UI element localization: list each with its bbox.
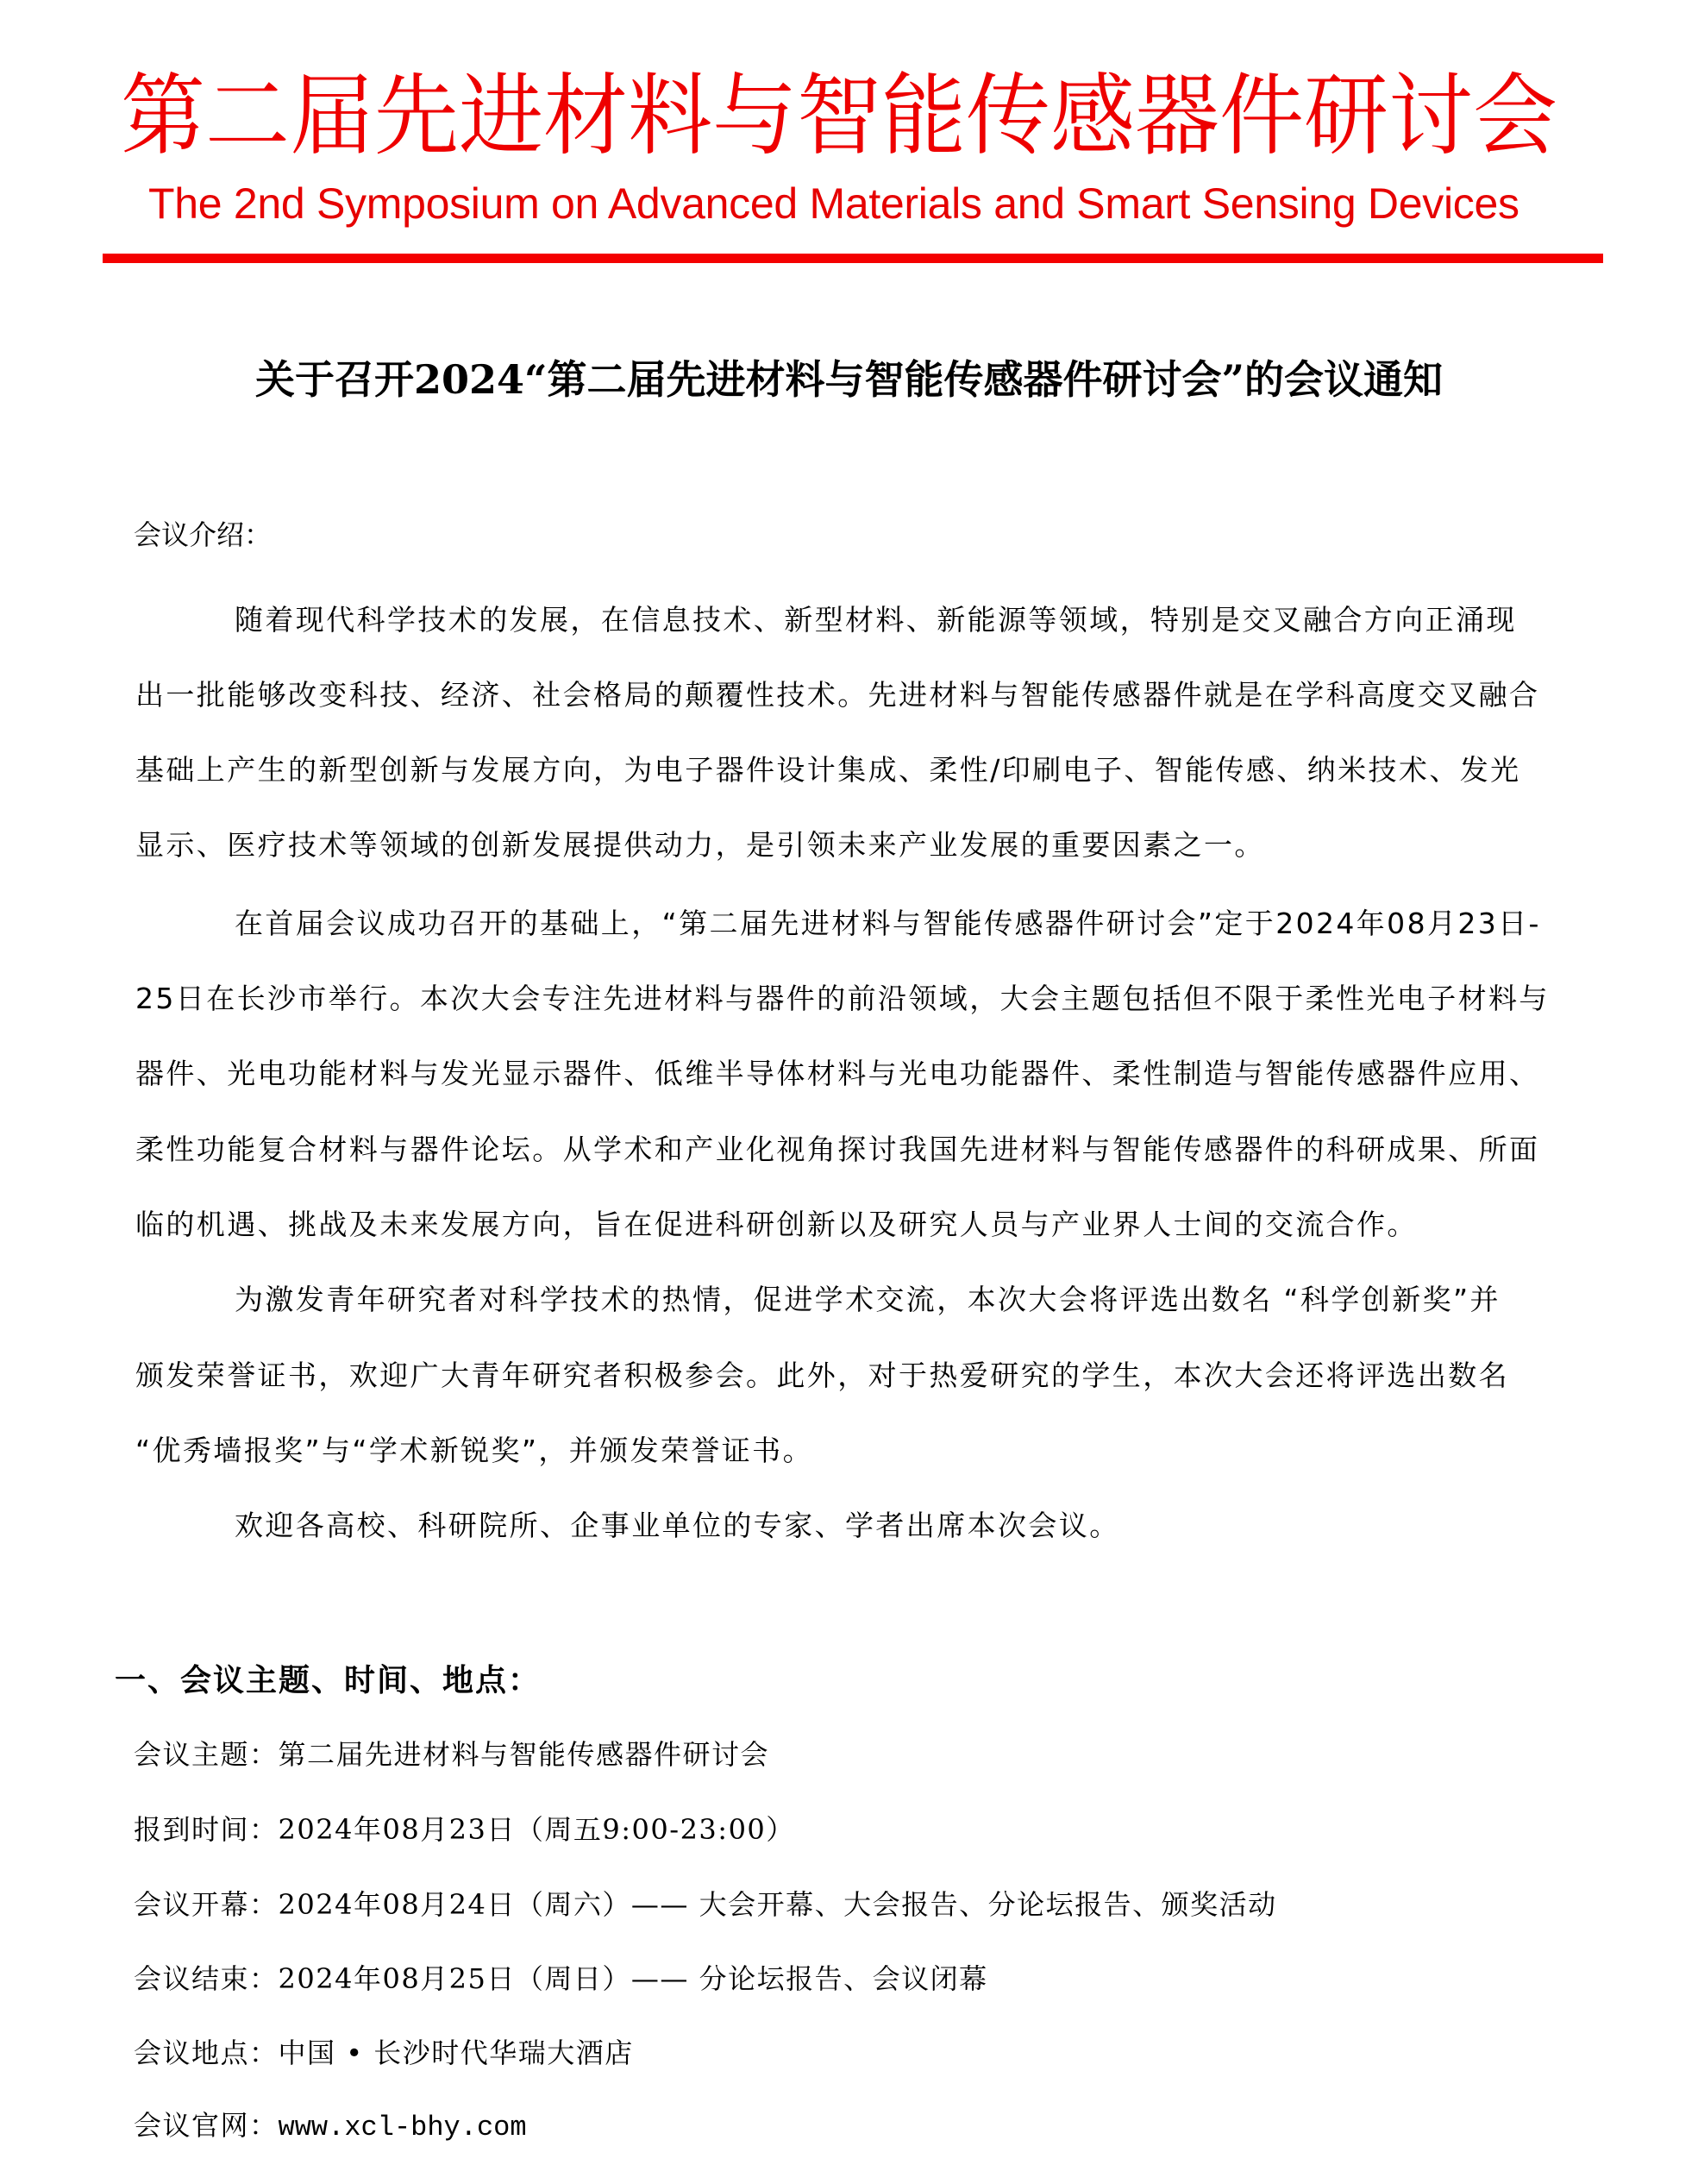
letterhead-title-en: The 2nd Symposium on Advanced Materials …	[148, 178, 1519, 229]
paragraph-line: 颁发荣誉证书，欢迎广大青年研究者积极参会。此外，对于热爱研究的学生，本次大会还将…	[135, 1357, 1509, 1395]
paragraph-line: 柔性功能复合材料与器件论坛。从学术和产业化视角探讨我国先进材料与智能传感器件的科…	[135, 1131, 1539, 1169]
info-item-theme: 会议主题：第二届先进材料与智能传感器件研讨会	[134, 1735, 769, 1773]
info-item-closing: 会议结束：2024年08月25日（周日）—— 分论坛报告、会议闭幕	[134, 1960, 988, 1998]
info-label: 会议地点：	[134, 2037, 279, 2069]
info-value: 2024年08月25日（周日）—— 分论坛报告、会议闭幕	[279, 1962, 988, 1995]
info-item-website: 会议官网：www.xcl-bhy.com	[134, 2106, 527, 2147]
paragraph-line: 欢迎各高校、科研院所、企事业单位的专家、学者出席本次会议。	[235, 1507, 1120, 1545]
info-item-opening: 会议开幕：2024年08月24日（周六）—— 大会开幕、大会报告、分论坛报告、颁…	[134, 1886, 1277, 1924]
paragraph-line: 为激发青年研究者对科学技术的热情，促进学术交流，本次大会将评选出数名 “科学创新…	[235, 1281, 1501, 1319]
info-value: 2024年08月23日（周五9:00-23:00）	[279, 1813, 795, 1846]
info-item-venue: 会议地点：中国 • 长沙时代华瑞大酒店	[134, 2034, 634, 2072]
intro-label: 会议介绍：	[134, 516, 272, 554]
paragraph-line: 出一批能够改变科技、经济、社会格局的颠覆性技术。先进材料与智能传感器件就是在学科…	[135, 676, 1539, 714]
info-label: 会议官网：	[134, 2109, 279, 2142]
website-link[interactable]: www.xcl-bhy.com	[279, 2112, 527, 2143]
letterhead-title-cn: 第二届先进材料与智能传感器件研讨会	[121, 62, 1587, 171]
notice-title: 关于召开2024“第二届先进材料与智能传感器件研讨会”的会议通知	[0, 354, 1698, 405]
info-label: 报到时间：	[134, 1813, 279, 1846]
letterhead-divider	[103, 254, 1603, 263]
info-label: 会议结束：	[134, 1962, 279, 1995]
paragraph-line: 在首届会议成功召开的基础上，“第二届先进材料与智能传感器件研讨会”定于2024年…	[235, 905, 1541, 943]
section-heading-theme-time-venue: 一、会议主题、时间、地点：	[115, 1660, 541, 1702]
info-value: 2024年08月24日（周六）—— 大会开幕、大会报告、分论坛报告、颁奖活动	[279, 1888, 1277, 1921]
info-label: 会议主题：	[134, 1738, 279, 1771]
paragraph-line: 显示、医疗技术等领域的创新发展提供动力，是引领未来产业发展的重要因素之一。	[135, 826, 1265, 864]
paragraph-line: 临的机遇、挑战及未来发展方向，旨在促进科研创新以及研究人员与产业界人士间的交流合…	[135, 1206, 1418, 1244]
paragraph-line: “优秀墙报奖”与“学术新锐奖”，并颁发荣誉证书。	[135, 1432, 813, 1470]
paragraph-line: 器件、光电功能材料与发光显示器件、低维半导体材料与光电功能器件、柔性制造与智能传…	[135, 1055, 1539, 1093]
info-item-registration: 报到时间：2024年08月23日（周五9:00-23:00）	[134, 1811, 795, 1848]
info-value: 第二届先进材料与智能传感器件研讨会	[279, 1738, 770, 1771]
paragraph-line: 随着现代科学技术的发展，在信息技术、新型材料、新能源等领域，特别是交叉融合方向正…	[235, 601, 1517, 639]
info-label: 会议开幕：	[134, 1888, 279, 1921]
info-value: 中国 • 长沙时代华瑞大酒店	[279, 2037, 634, 2069]
paragraph-line: 25日在长沙市举行。本次大会专注先进材料与器件的前沿领域，大会主题包括但不限于柔…	[135, 980, 1550, 1018]
paragraph-line: 基础上产生的新型创新与发展方向，为电子器件设计集成、柔性/印刷电子、智能传感、纳…	[135, 751, 1521, 789]
